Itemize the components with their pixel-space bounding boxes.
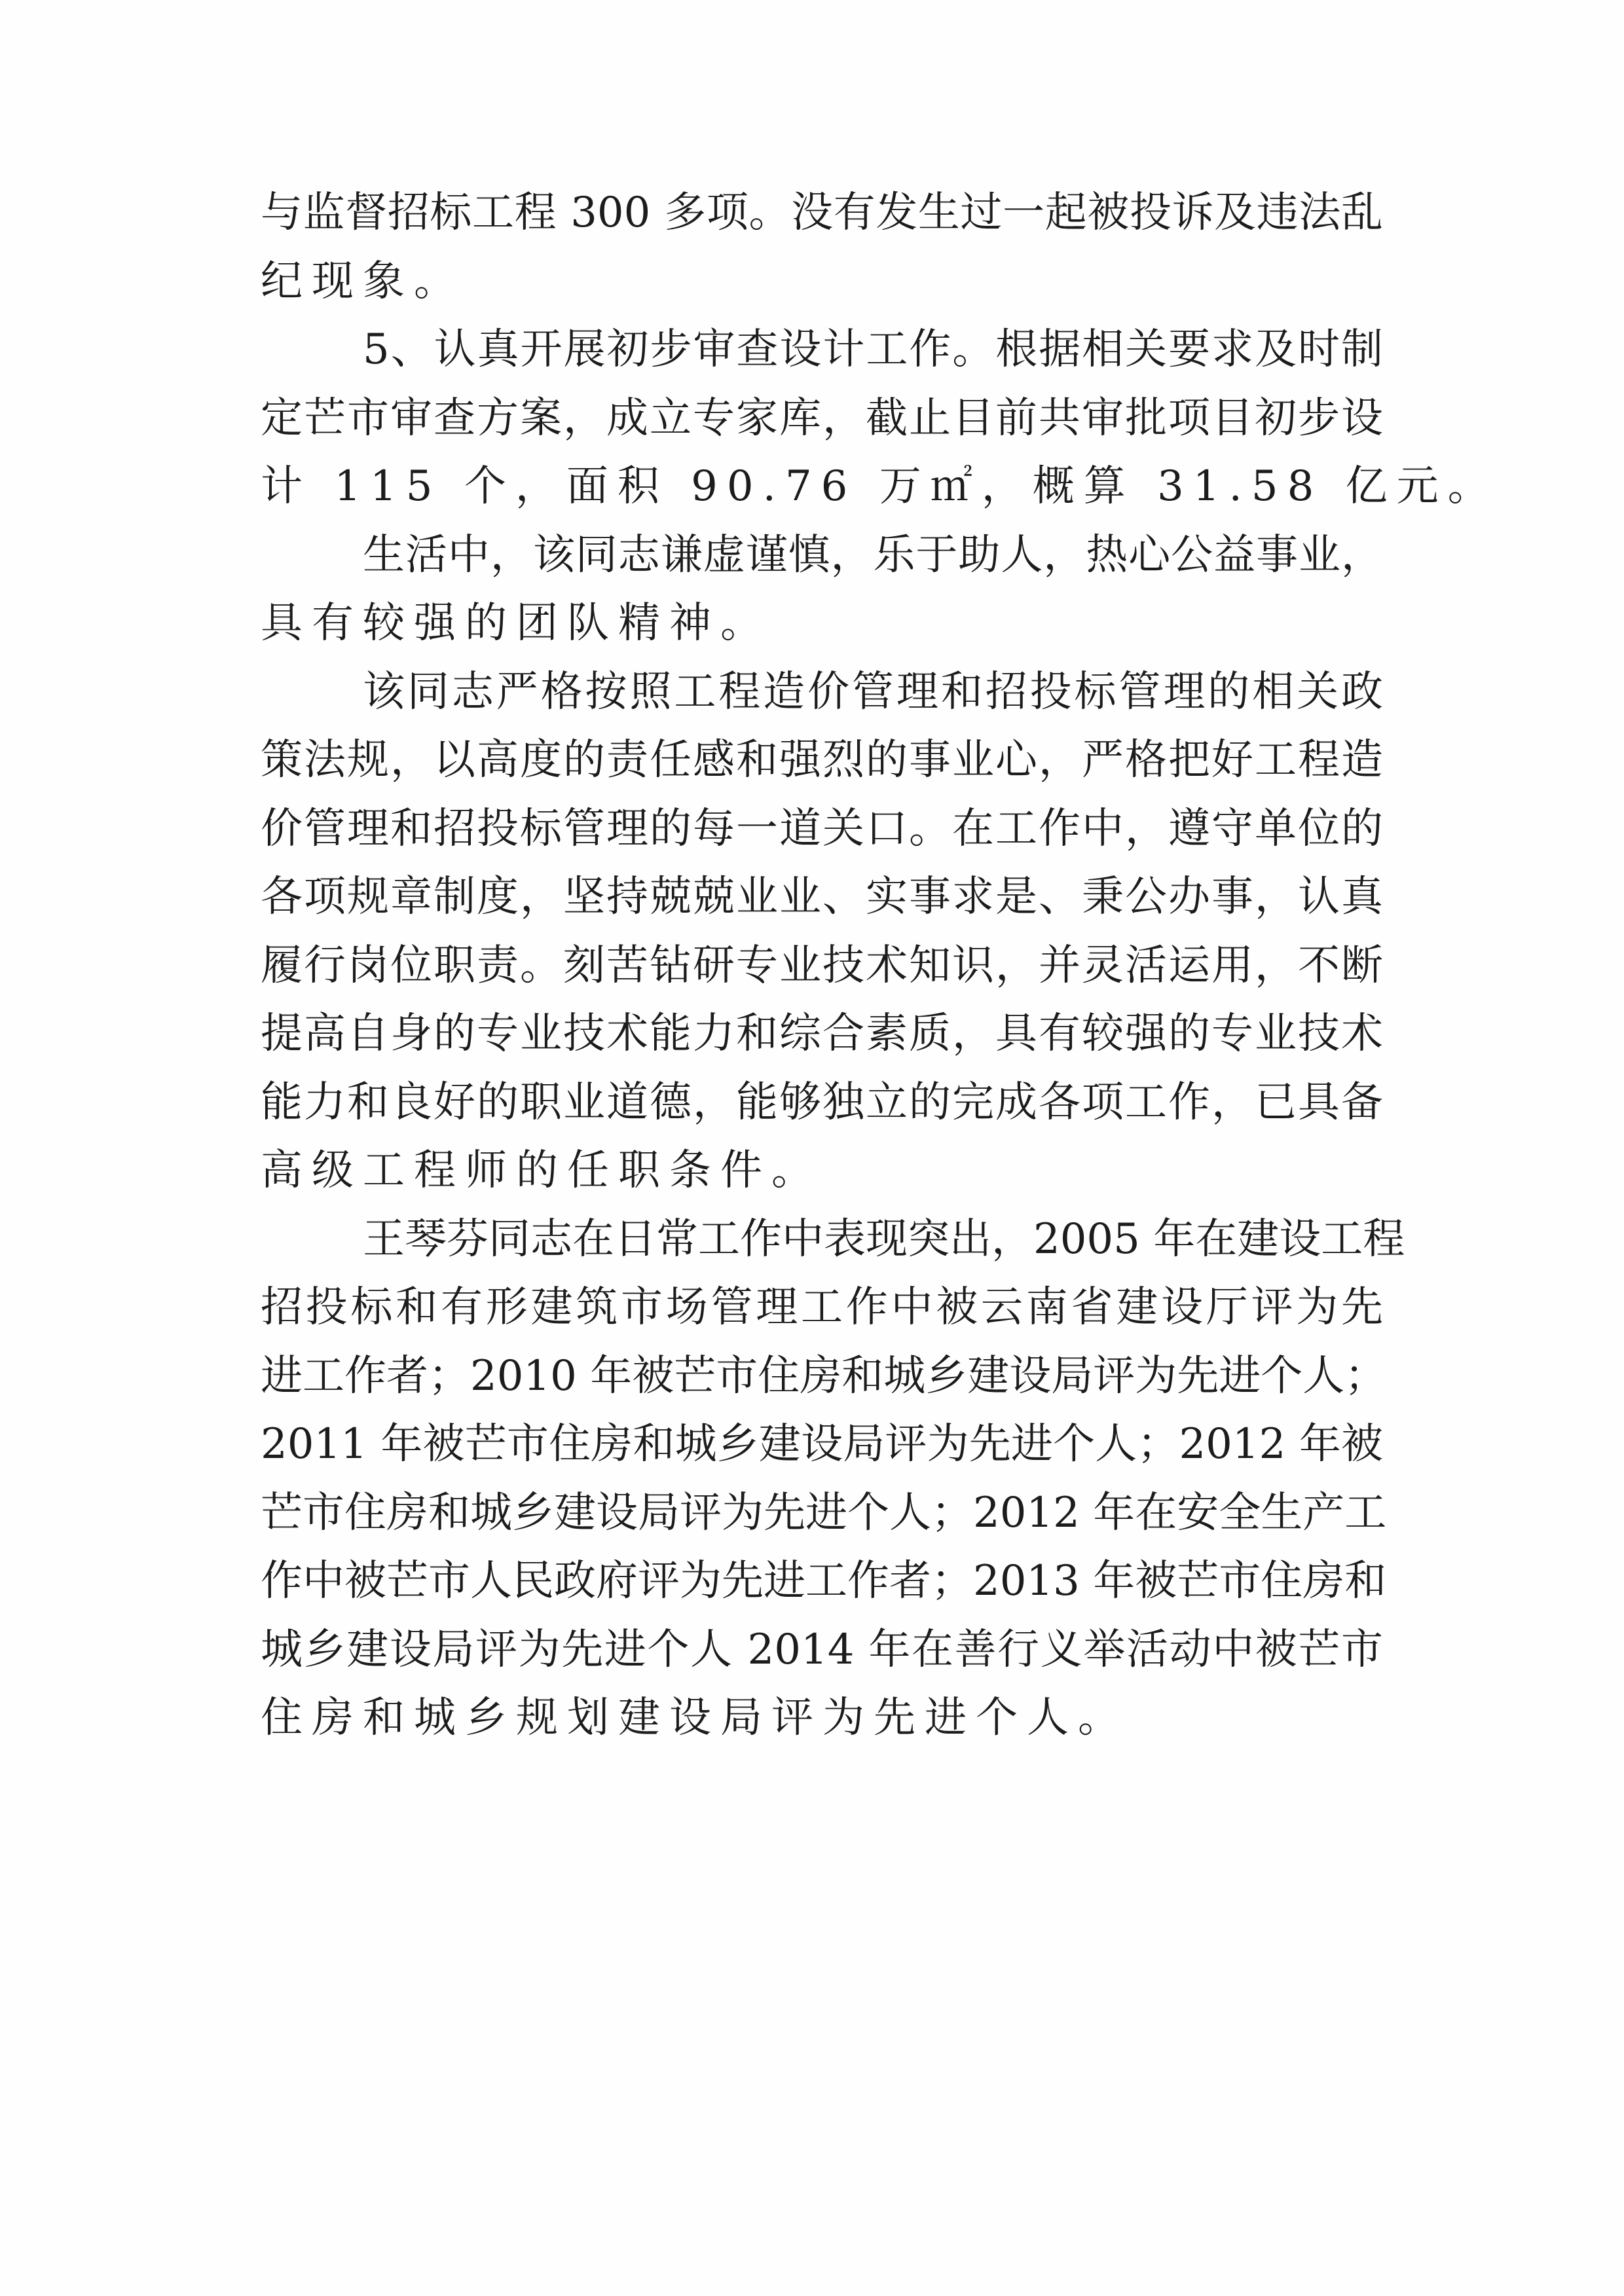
paragraph-4-line-4: 各项规章制度，坚持兢兢业业、实事求是、秉公办事，认真: [261, 863, 1383, 931]
paragraph-4-line-5: 履行岗位职责。刻苦钻研专业技术知识，并灵活运用，不断: [261, 932, 1383, 1000]
paragraph-5-line-8: 住房和城乡规划建设局评为先进个人。: [261, 1684, 1383, 1752]
paragraph-4-line-3: 价管理和招投标管理的每一道关口。在工作中，遵守单位的: [261, 795, 1383, 863]
paragraph-4-line-6: 提高自身的专业技术能力和综合素质，具有较强的专业技术: [261, 1000, 1383, 1068]
paragraph-4-line-8: 高级工程师的任职条件。: [261, 1137, 1383, 1205]
paragraph-2-line-3: 计 115 个，面积 90.76 万㎡，概算 31.58 亿元。: [261, 452, 1383, 520]
paragraph-5-line-2: 招投标和有形建筑市场管理工作中被云南省建设厅评为先: [261, 1273, 1383, 1341]
paragraph-1-line-1: 与监督招标工程 300 多项。没有发生过一起被投诉及违法乱: [261, 179, 1383, 247]
paragraph-2-line-1: 5、认真开展初步审查设计工作。根据相关要求及时制: [363, 316, 1383, 384]
paragraph-5-line-3: 进工作者；2010 年被芒市住房和城乡建设局评为先进个人；: [261, 1342, 1383, 1410]
paragraph-5-line-7: 城乡建设局评为先进个人 2014 年在善行义举活动中被芒市: [261, 1616, 1383, 1684]
paragraph-5-line-1: 王琴芬同志在日常工作中表现突出，2005 年在建设工程: [363, 1205, 1383, 1273]
paragraph-1-line-2: 纪现象。: [261, 247, 1383, 316]
paragraph-5-line-5: 芒市住房和城乡建设局评为先进个人；2012 年在安全生产工: [261, 1479, 1383, 1547]
scanned-document-page: 与监督招标工程 300 多项。没有发生过一起被投诉及违法乱 纪现象。 5、认真开…: [0, 0, 1624, 2296]
paragraph-3-line-1: 生活中，该同志谦虚谨慎，乐于助人，热心公益事业，: [363, 521, 1383, 589]
paragraph-4-line-1: 该同志严格按照工程造价管理和招投标管理的相关政: [363, 658, 1383, 726]
paragraph-3-line-2: 具有较强的团队精神。: [261, 589, 1383, 657]
paragraph-5-line-4: 2011 年被芒市住房和城乡建设局评为先进个人；2012 年被: [261, 1410, 1383, 1478]
paragraph-4-line-2: 策法规，以高度的责任感和强烈的事业心，严格把好工程造: [261, 726, 1383, 794]
paragraph-5-line-6: 作中被芒市人民政府评为先进工作者；2013 年被芒市住房和: [261, 1547, 1383, 1615]
paragraph-4-line-7: 能力和良好的职业道德，能够独立的完成各项工作，已具备: [261, 1068, 1383, 1137]
paragraph-2-line-2: 定芒市审查方案，成立专家库，截止目前共审批项目初步设: [261, 384, 1383, 452]
